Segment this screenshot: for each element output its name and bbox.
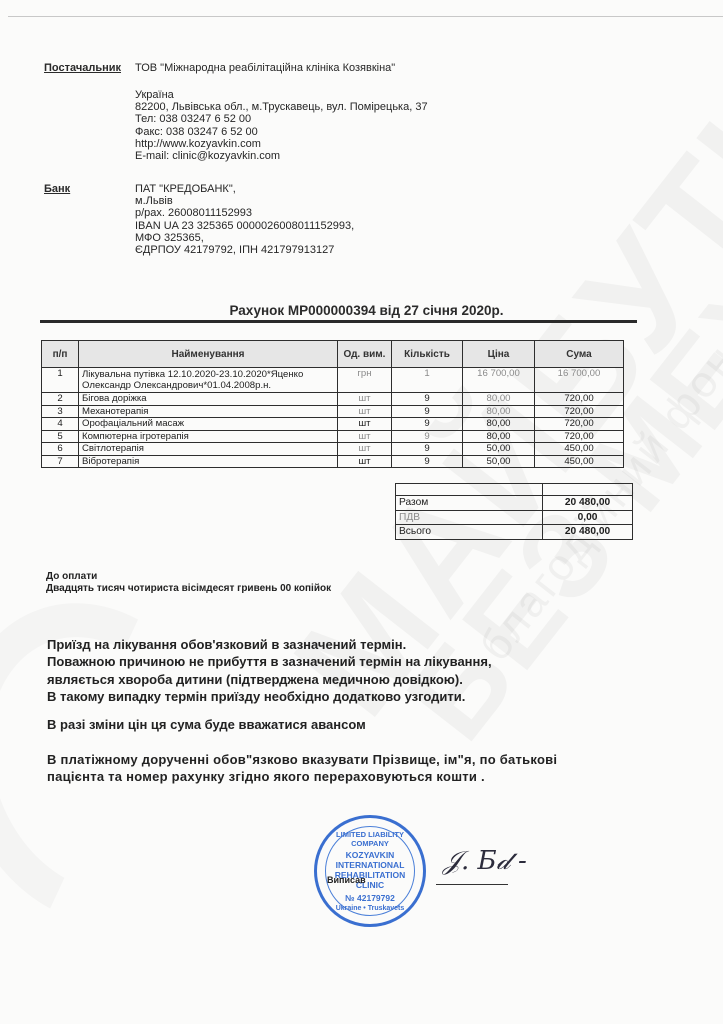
payment-note-line: В платіжному дорученні обов"язково вказу…	[47, 751, 557, 768]
header-sum: Сума	[535, 341, 624, 368]
subtotal-label: Разом	[396, 496, 543, 511]
invoice-title: Рахунок МР000000394 від 27 січня 2020р.	[0, 303, 723, 318]
signature-line	[436, 884, 508, 885]
supplier-country: Україна	[135, 89, 428, 101]
subtotal-row: Разом 20 480,00	[396, 496, 633, 511]
table-row: 4 Орофаціальний масаж шт 9 80,00 720,00	[42, 418, 624, 431]
title-divider	[40, 320, 637, 323]
amount-due: До оплати Двадцять тисяч чотириста вісім…	[46, 571, 331, 595]
table-header-row: п/п Найменування Од. вим. Кількість Ціна…	[42, 341, 624, 368]
row-number: 4	[42, 418, 79, 431]
row-sum: 720,00	[535, 393, 624, 406]
table-row: 7 Вібротерапія шт 9 50,00 450,00	[42, 455, 624, 468]
header-quantity: Кількість	[392, 341, 463, 368]
supplier-address: 82200, Львівська обл., м.Трускавець, вул…	[135, 101, 428, 113]
row-number: 3	[42, 405, 79, 418]
row-price: 80,00	[463, 393, 535, 406]
row-number: 5	[42, 430, 79, 443]
row-name: Орофаціальний масаж	[79, 418, 338, 431]
row-price: 80,00	[463, 430, 535, 443]
row-name: Світлотерапія	[79, 443, 338, 456]
row-sum: 450,00	[535, 443, 624, 456]
bank-account: р/рах. 26008011152993	[135, 207, 354, 219]
header-number: п/п	[42, 341, 79, 368]
stamp-top-text: LIMITED LIABILITY COMPANY	[317, 830, 423, 848]
row-unit: шт	[338, 455, 392, 468]
stamp-line: KOZYAVKIN	[317, 850, 423, 860]
row-number: 1	[42, 368, 79, 393]
total-row: Всього 20 480,00	[396, 525, 633, 540]
header-price: Ціна	[463, 341, 535, 368]
bank-name: ПАТ "КРЕДОБАНК",	[135, 183, 354, 195]
row-name: Механотерапія	[79, 405, 338, 418]
arrival-note-line: В такому випадку термін приїзду необхідн…	[47, 688, 492, 705]
row-unit: шт	[338, 405, 392, 418]
stamp-line: INTERNATIONAL	[317, 860, 423, 870]
supplier-website: http://www.kozyavkin.com	[135, 138, 428, 150]
row-quantity: 9	[392, 393, 463, 406]
row-price: 50,00	[463, 455, 535, 468]
row-quantity: 9	[392, 430, 463, 443]
payment-note-line: пацієнта та номер рахунку згідно якого п…	[47, 768, 557, 785]
row-number: 7	[42, 455, 79, 468]
row-sum: 720,00	[535, 418, 624, 431]
row-unit: шт	[338, 430, 392, 443]
row-sum: 720,00	[535, 405, 624, 418]
supplier-label: Постачальник	[44, 62, 121, 74]
row-name: Вібротерапія	[79, 455, 338, 468]
row-sum: 450,00	[535, 455, 624, 468]
issuer-label: Виписав	[327, 875, 366, 885]
bank-edrpou: ЄДРПОУ 42179792, ІПН 421797913127	[135, 244, 354, 256]
row-quantity: 1	[392, 368, 463, 393]
row-quantity: 9	[392, 405, 463, 418]
subtotal-value: 20 480,00	[543, 496, 633, 511]
total-label: Всього	[396, 525, 543, 540]
row-price: 16 700,00	[463, 368, 535, 393]
row-name: Лікувальна путівка 12.10.2020-23.10.2020…	[79, 368, 338, 393]
row-price: 80,00	[463, 405, 535, 418]
supplier-email: E-mail: clinic@kozyavkin.com	[135, 150, 428, 162]
payment-note: В платіжному дорученні обов"язково вказу…	[47, 751, 557, 786]
company-stamp: LIMITED LIABILITY COMPANY KOZYAVKIN INTE…	[314, 815, 426, 927]
supplier-phone: Тел: 038 03247 6 52 00	[135, 113, 428, 125]
bank-city: м.Львів	[135, 195, 354, 207]
totals-table: Разом 20 480,00 ПДВ 0,00 Всього 20 480,0…	[395, 483, 633, 540]
row-name: Бігова доріжка	[79, 393, 338, 406]
row-price: 80,00	[463, 418, 535, 431]
table-row: 6 Світлотерапія шт 9 50,00 450,00	[42, 443, 624, 456]
amount-due-label: До оплати	[46, 571, 331, 583]
vat-value: 0,00	[543, 510, 633, 525]
page-top-edge	[8, 16, 723, 17]
row-name: Компютерна ігротерапія	[79, 430, 338, 443]
table-row: 2 Бігова доріжка шт 9 80,00 720,00	[42, 393, 624, 406]
table-row: 3 Механотерапія шт 9 80,00 720,00	[42, 405, 624, 418]
row-price: 50,00	[463, 443, 535, 456]
row-unit: шт	[338, 418, 392, 431]
bank-iban: IBAN UA 23 325365 0000026008011152993,	[135, 220, 354, 232]
arrival-note: Приїзд на лікування обов'язковий в зазна…	[47, 636, 492, 705]
bank-details: ПАТ "КРЕДОБАНК", м.Львів р/рах. 26008011…	[135, 183, 354, 256]
supplier-fax: Факс: 038 03247 6 52 00	[135, 126, 428, 138]
row-number: 2	[42, 393, 79, 406]
bank-mfo: МФО 325365,	[135, 232, 354, 244]
handwritten-signature: 𝒥. Ƃ𝒹 -	[443, 846, 527, 877]
row-sum: 16 700,00	[535, 368, 624, 393]
row-quantity: 9	[392, 418, 463, 431]
stamp-bottom-text: Ukraine • Truskavets	[317, 905, 423, 912]
header-unit: Од. вим.	[338, 341, 392, 368]
spacer-cell	[543, 484, 633, 496]
supplier-name: ТОВ "Міжнародна реабілітаційна клініка К…	[135, 62, 395, 74]
spacer-cell	[396, 484, 543, 496]
row-unit: шт	[338, 393, 392, 406]
bank-label: Банк	[44, 183, 70, 195]
table-row: 5 Компютерна ігротерапія шт 9 80,00 720,…	[42, 430, 624, 443]
row-unit: шт	[338, 443, 392, 456]
stamp-code: № 42179792	[317, 893, 423, 903]
total-value: 20 480,00	[543, 525, 633, 540]
items-table: п/п Найменування Од. вим. Кількість Ціна…	[41, 340, 624, 468]
row-quantity: 9	[392, 443, 463, 456]
vat-row: ПДВ 0,00	[396, 510, 633, 525]
table-row: 1 Лікувальна путівка 12.10.2020-23.10.20…	[42, 368, 624, 393]
row-unit: грн	[338, 368, 392, 393]
row-name-line2: Олександр Олександрович*01.04.2008р.н.	[82, 380, 334, 391]
price-change-note: В разі зміни цін ця сума буде вважатися …	[47, 716, 366, 733]
arrival-note-line: являється хвороба дитини (підтверджена м…	[47, 671, 492, 688]
row-number: 6	[42, 443, 79, 456]
vat-label: ПДВ	[396, 510, 543, 525]
arrival-note-line: Приїзд на лікування обов'язковий в зазна…	[47, 636, 492, 653]
row-quantity: 9	[392, 455, 463, 468]
header-name: Найменування	[79, 341, 338, 368]
supplier-details: Україна 82200, Львівська обл., м.Трускав…	[135, 89, 428, 162]
amount-due-words: Двадцять тисяч чотириста вісімдесят грив…	[46, 583, 331, 595]
invoice-title-text: Рахунок МР000000394 від 27 січня 2020р.	[219, 303, 503, 318]
row-name-line1: Лікувальна путівка 12.10.2020-23.10.2020…	[82, 369, 334, 380]
arrival-note-line: Поважною причиною не прибуття в зазначен…	[47, 653, 492, 670]
totals-spacer-row	[396, 484, 633, 496]
row-sum: 720,00	[535, 430, 624, 443]
